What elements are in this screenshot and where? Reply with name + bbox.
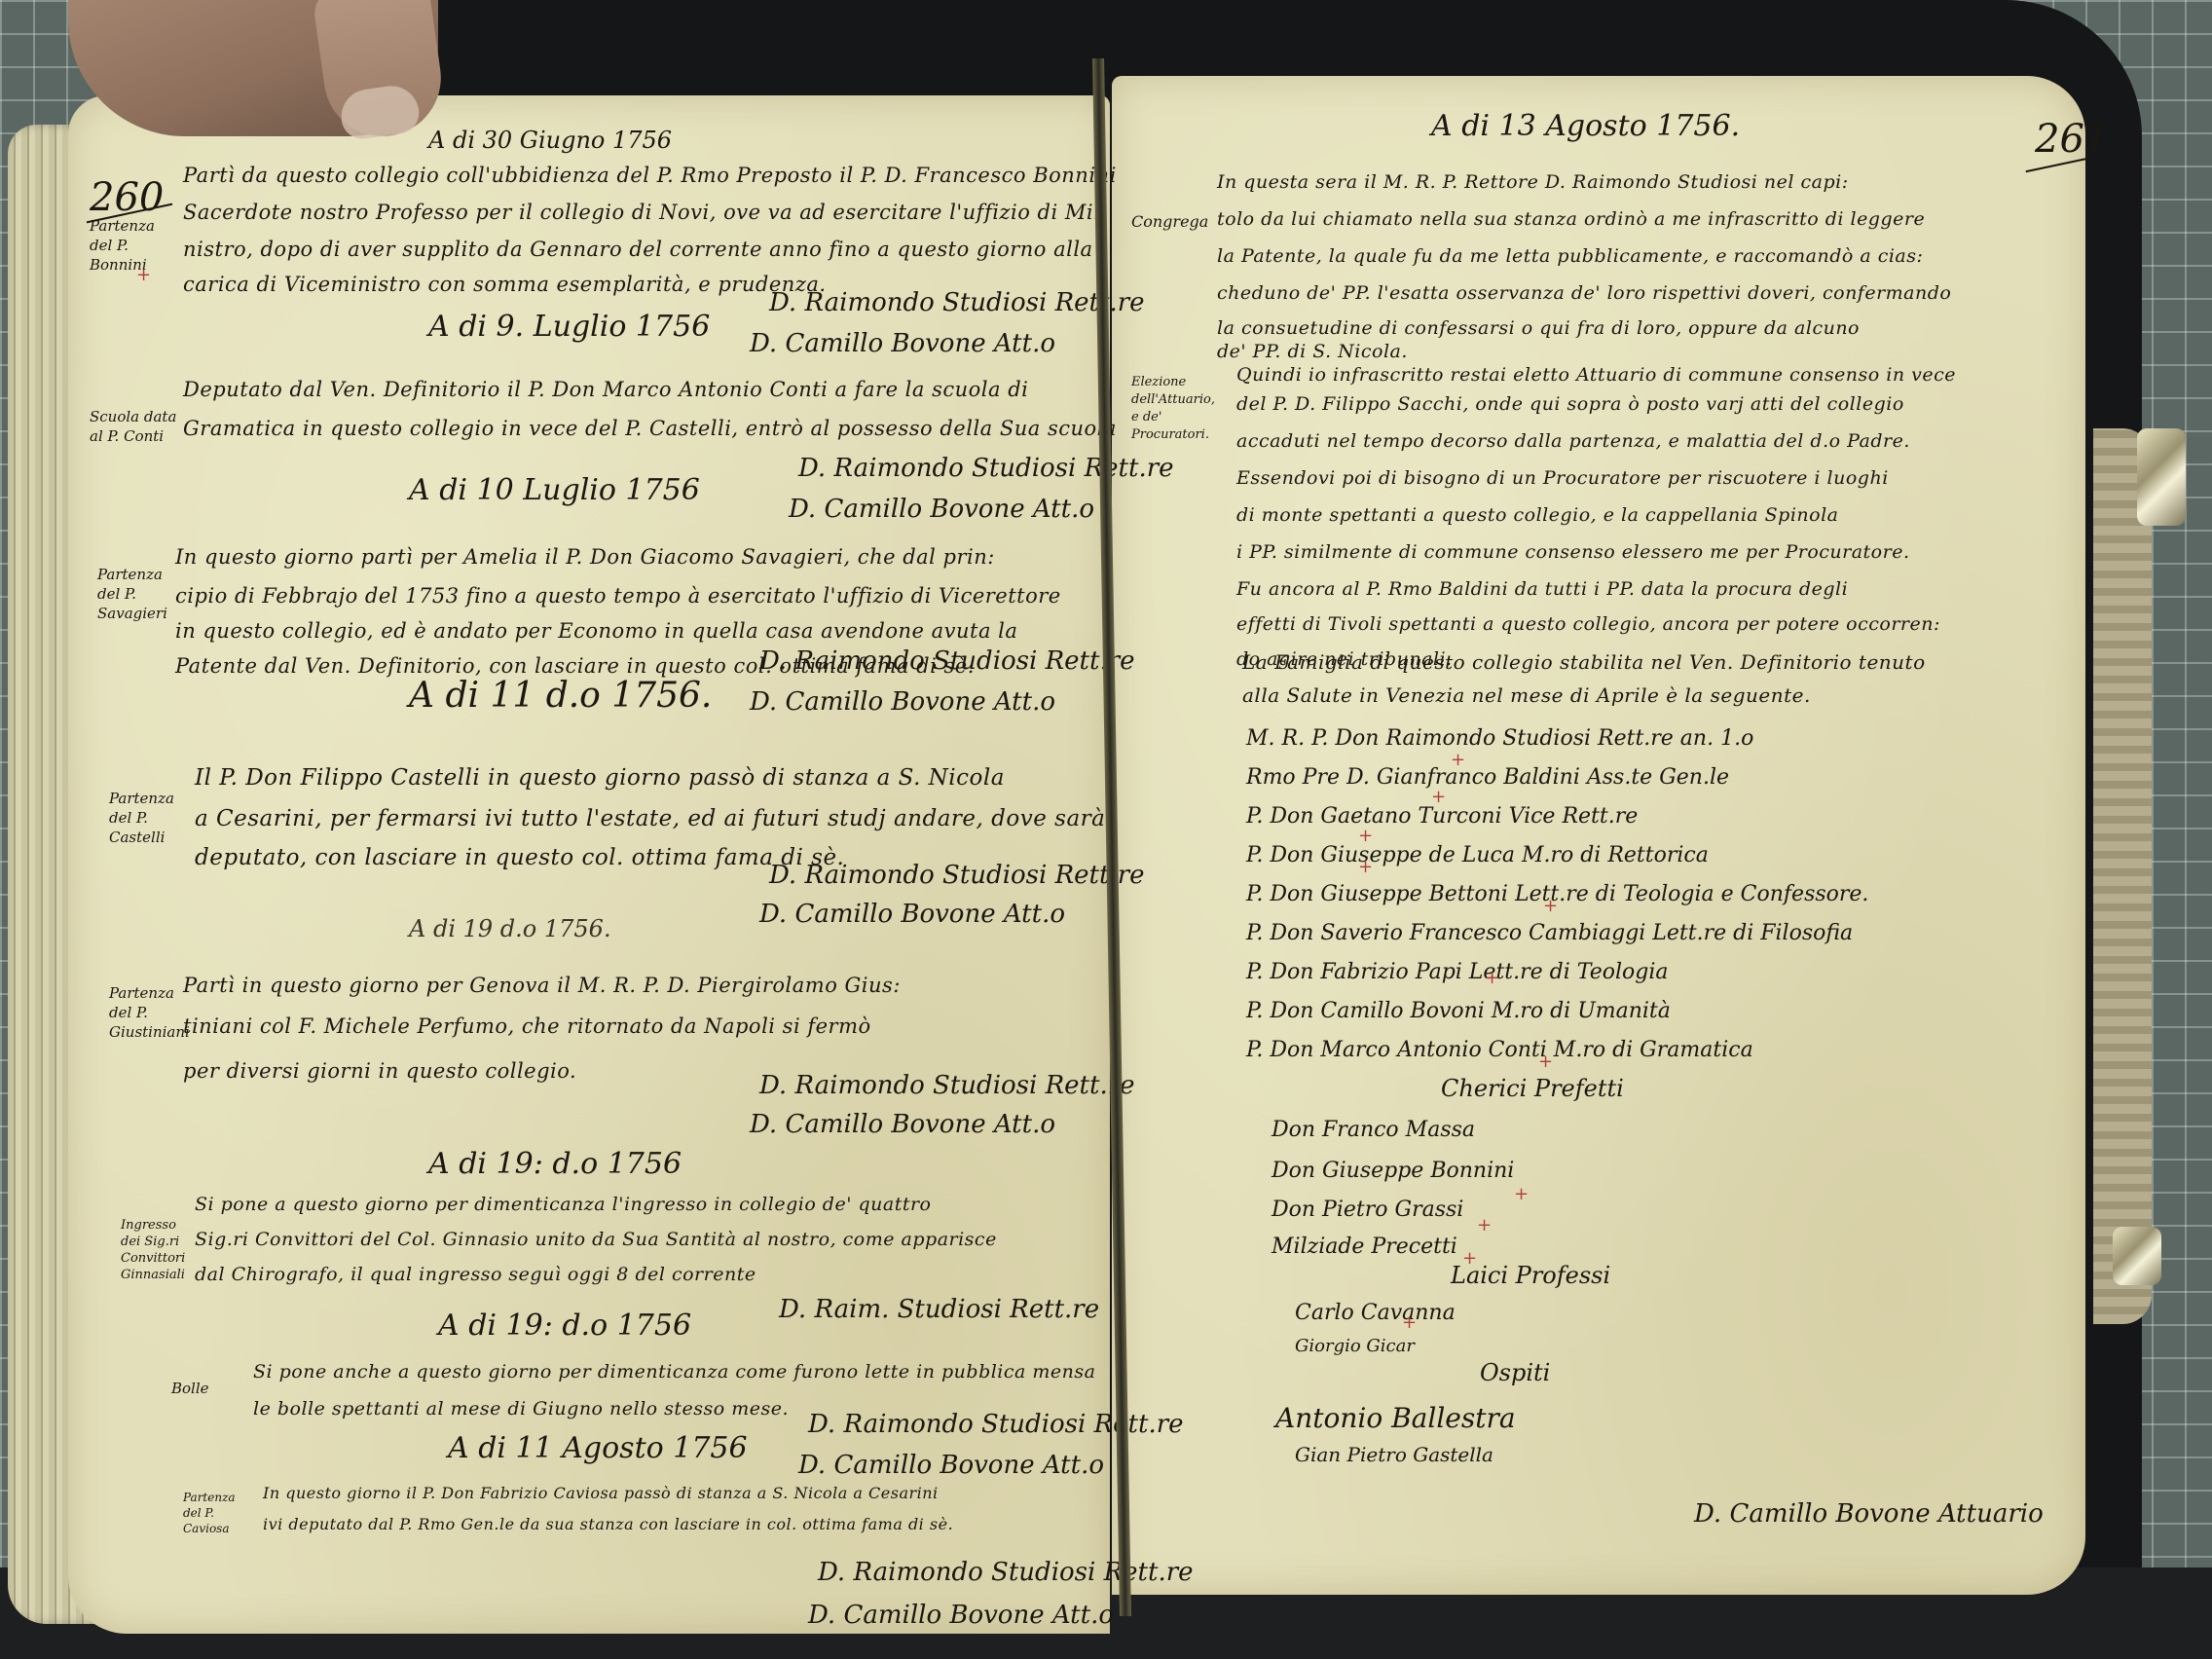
entry-line: in questo collegio, ed è andato per Econ… [175, 619, 1017, 643]
entry-line: Fu ancora al P. Rmo Baldini da tutti i P… [1236, 578, 1848, 600]
entry-line: Si pone a questo giorno per dimenticanza… [195, 1194, 932, 1215]
lay-brother: Carlo Cavanna [1295, 1301, 1456, 1325]
red-cross-mark: + [1431, 787, 1446, 807]
entry-line: carica di Viceministro con somma esempla… [183, 273, 827, 296]
entry-date: A di 11 d.o 1756. [409, 676, 712, 716]
entry-line: La Famiglia di questo collegio stabilita… [1242, 650, 1926, 674]
signature-actuary: D. Camillo Bovone Att.o [750, 1110, 1055, 1139]
entry-line: In questa sera il M. R. P. Rettore D. Ra… [1217, 171, 1849, 193]
red-cross-mark: + [1358, 857, 1373, 877]
family-member: P. Don Marco Antonio Conti M.ro di Grama… [1246, 1038, 1753, 1062]
signature-actuary: D. Camillo Bovone Att.o [808, 1601, 1114, 1630]
signature-rector: D. Raimondo Studiosi Rett.re [798, 454, 1174, 483]
section-heading-ospiti: Ospiti [1480, 1359, 1550, 1386]
signature-rector: D. Raimondo Studiosi Rett.re [769, 861, 1145, 890]
margin-note: Elezione dell'Attuario, e de' Procurator… [1131, 374, 1209, 444]
entry-date: A di 10 Luglio 1756 [409, 473, 700, 507]
margin-note: Partenza del P. Caviosa [183, 1490, 251, 1536]
margin-note: Ingresso dei Sig.ri Convittori Ginnasial… [121, 1217, 199, 1283]
family-member: P. Don Gaetano Turconi Vice Rett.re [1246, 804, 1638, 829]
entry-line: Sacerdote nostro Professo per il collegi… [183, 201, 1101, 224]
entry-line: Essendovi poi di bisogno di un Procurato… [1236, 467, 1889, 489]
margin-note: Congrega [1131, 212, 1209, 232]
margin-note: Bolle [171, 1379, 230, 1398]
signature-rector: D. Raim. Studiosi Rett.re [779, 1295, 1099, 1324]
entry-line: de' PP. di S. Nicola. [1217, 341, 1408, 362]
family-member: P. Don Saverio Francesco Cambiaggi Lett.… [1246, 921, 1853, 945]
entry-line: del P. D. Filippo Sacchi, onde qui sopra… [1236, 393, 1904, 415]
page-date: A di 13 Agosto 1756. [1431, 109, 1740, 143]
entry-line: In questo giorno il P. Don Fabrizio Cavi… [263, 1484, 939, 1502]
signature-actuary: D. Camillo Bovone Att.o [750, 687, 1055, 717]
family-member: M. R. P. Don Raimondo Studiosi Rett.re a… [1246, 726, 1753, 751]
clerico-member: Don Franco Massa [1272, 1118, 1475, 1142]
family-member: Rmo Pre D. Gianfranco Baldini Ass.te Gen… [1246, 765, 1729, 790]
margin-note: Partenza del P. Giustiniani [109, 983, 187, 1042]
entry-line: alla Salute in Venezia nel mese di April… [1242, 683, 1811, 707]
entry-date: A di 19 d.o 1756. [409, 915, 611, 942]
signature-actuary: D. Camillo Bovone Att.o [759, 900, 1065, 929]
entry-line: i PP. similmente di commune consenso ele… [1236, 541, 1910, 563]
entry-line: Quindi io infrascritto restai eletto Att… [1236, 364, 1956, 386]
signature-rector: D. Raimondo Studiosi Rett.re [769, 288, 1145, 317]
foil-repair-top [2137, 428, 2186, 526]
entry-date: A di 9. Luglio 1756 [428, 310, 710, 344]
red-cross-mark: + [1477, 1215, 1492, 1235]
entry-line: ivi deputato dal P. Rmo Gen.le da sua st… [263, 1515, 953, 1533]
entry-line: la consuetudine di confessarsi o qui fra… [1217, 317, 1860, 339]
entry-line: Gramatica in questo collegio in vece del… [183, 417, 1117, 440]
red-cross-mark: + [1358, 826, 1373, 846]
signature-actuary: D. Camillo Bovone Att.o [798, 1451, 1104, 1480]
entry-line: le bolle spettanti al mese di Giugno nel… [253, 1398, 789, 1419]
family-member: P. Don Giuseppe de Luca M.ro di Rettoric… [1246, 843, 1709, 867]
entry-line: Si pone anche a questo giorno per diment… [253, 1361, 1095, 1382]
entry-line: tiniani col F. Michele Perfumo, che rito… [183, 1014, 871, 1038]
family-member: P. Don Camillo Bovoni M.ro di Umanità [1246, 999, 1671, 1023]
red-cross-mark: + [1543, 896, 1558, 916]
entry-line: Deputato dal Ven. Definitorio il P. Don … [183, 378, 1028, 401]
entry-line: Il P. Don Filippo Castelli in questo gio… [195, 765, 1005, 791]
entry-line: cheduno de' PP. l'esatta osservanza de' … [1217, 282, 1951, 304]
entry-line: Partì da questo collegio coll'ubbidienza… [183, 164, 1117, 187]
entry-line: deputato, con lasciare in questo col. ot… [195, 845, 844, 870]
signature-rector: D. Raimondo Studiosi Rett.re [759, 1071, 1135, 1100]
red-cross-mark: + [136, 265, 151, 285]
margin-note: Partenza del P. Castelli [109, 789, 197, 847]
margin-note: Partenza del P. Savagieri [97, 565, 185, 623]
section-heading-laici: Laici Professi [1451, 1262, 1610, 1289]
torn-page-edge [2093, 428, 2152, 1324]
folio-number-right: 261 [2035, 117, 2109, 162]
entry-date: A di 11 Agosto 1756 [448, 1431, 748, 1465]
clerico-member: Milziade Precetti [1272, 1235, 1457, 1259]
entry-date: A di 30 Giugno 1756 [428, 127, 672, 154]
entry-line: tolo da lui chiamato nella sua stanza or… [1217, 208, 1925, 230]
entry-line: per diversi giorni in questo collegio. [183, 1059, 576, 1083]
red-cross-mark: + [1451, 750, 1465, 770]
red-cross-mark: + [1514, 1184, 1529, 1204]
clerico-member: Don Pietro Grassi [1272, 1198, 1463, 1222]
signature-rector: D. Raimondo Studiosi Rett.re [759, 646, 1135, 676]
signature-actuary: D. Camillo Bovone Att.o [750, 329, 1055, 358]
guest: Antonio Ballestra [1275, 1402, 1516, 1434]
entry-line: cipio di Febbrajo del 1753 fino a questo… [175, 584, 1061, 608]
section-heading-clerici: Cherici Prefetti [1441, 1075, 1624, 1102]
clerico-member: Don Giuseppe Bonnini [1272, 1159, 1514, 1183]
entry-line: effetti di Tivoli spettanti a questo col… [1236, 613, 1940, 635]
entry-line: Sig.ri Convittori del Col. Ginnasio unit… [195, 1229, 997, 1250]
red-cross-mark: + [1402, 1312, 1417, 1333]
entry-line: accaduti nel tempo decorso dalla partenz… [1236, 430, 1910, 452]
entry-line: la Patente, la quale fu da me letta pubb… [1217, 245, 1923, 267]
entry-line: Partì in questo giorno per Genova il M. … [183, 974, 901, 997]
signature-rector: D. Raimondo Studiosi Rett.re [818, 1558, 1194, 1587]
entry-line: di monte spettanti a questo collegio, e … [1236, 504, 1839, 526]
foil-repair-bottom [2113, 1227, 2161, 1285]
margin-note: Partenza del P. Bonnini [90, 216, 177, 275]
guest: Gian Pietro Gastella [1295, 1443, 1493, 1466]
right-page [1112, 76, 2085, 1595]
family-member: P. Don Fabrizio Papi Lett.re di Teologia [1246, 960, 1669, 984]
entry-date: A di 19: d.o 1756 [428, 1147, 682, 1181]
red-cross-mark: + [1485, 968, 1499, 988]
closing-signature: D. Camillo Bovone Attuario [1694, 1499, 2044, 1529]
entry-line: In questo giorno partì per Amelia il P. … [175, 545, 995, 569]
red-cross-mark: + [1538, 1051, 1553, 1072]
entry-line: nistro, dopo di aver supplito da Gennaro… [183, 238, 1093, 261]
signature-actuary: D. Camillo Bovone Att.o [789, 495, 1094, 524]
margin-note: Scuola data al P. Conti [90, 407, 177, 446]
entry-line: dal Chirografo, il qual ingresso seguì o… [195, 1264, 756, 1285]
lay-brother: Giorgio Gicar [1295, 1336, 1415, 1356]
entry-line: a Cesarini, per fermarsi ivi tutto l'est… [195, 806, 1105, 831]
entry-date: A di 19: d.o 1756 [438, 1309, 691, 1343]
